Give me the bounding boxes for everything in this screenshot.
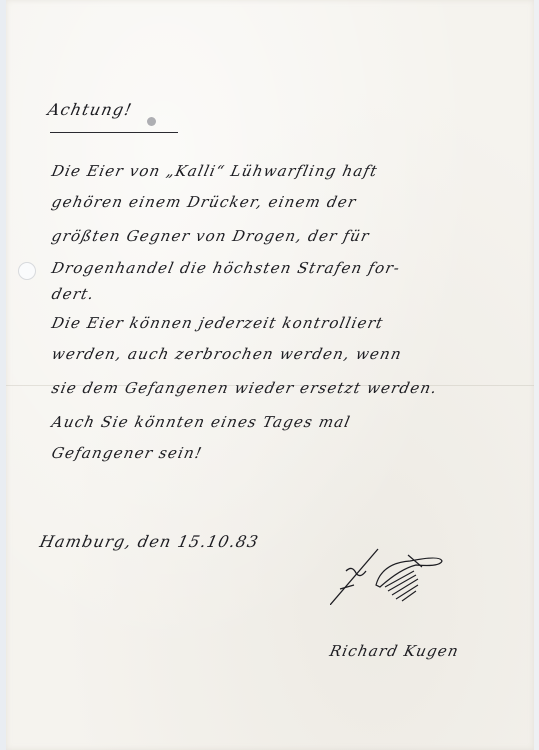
letter-heading: Achtung!: [46, 100, 134, 119]
body-line-10: Gefangener sein!: [50, 444, 204, 462]
signature-scribble-icon: [330, 545, 450, 605]
body-line-3: größten Gegner von Drogen, der für: [50, 227, 371, 245]
body-line-5: dert.: [50, 285, 96, 303]
scan-edge-right: [534, 0, 539, 750]
body-line-7: werden, auch zerbrochen werden, wenn: [50, 345, 404, 363]
body-line-9: Auch Sie könnten eines Tages mal: [50, 413, 352, 431]
body-line-8: sie dem Gefangenen wieder ersetzt werden…: [50, 379, 439, 397]
place-and-date: Hamburg, den 15.10.83: [38, 532, 261, 551]
heading-underline: [50, 132, 178, 133]
signer-name: Richard Kugen: [328, 642, 461, 660]
punch-hole: [18, 262, 36, 280]
body-line-2: gehören einem Drücker, einem der: [50, 193, 358, 211]
ink-spot: [147, 117, 156, 126]
body-line-1: Die Eier von „Kalli“ Lühwarfling haft: [50, 162, 380, 180]
body-line-6: Die Eier können jederzeit kontrolliert: [50, 314, 385, 332]
body-line-4: Drogenhandel die höchsten Strafen for-: [50, 259, 402, 277]
